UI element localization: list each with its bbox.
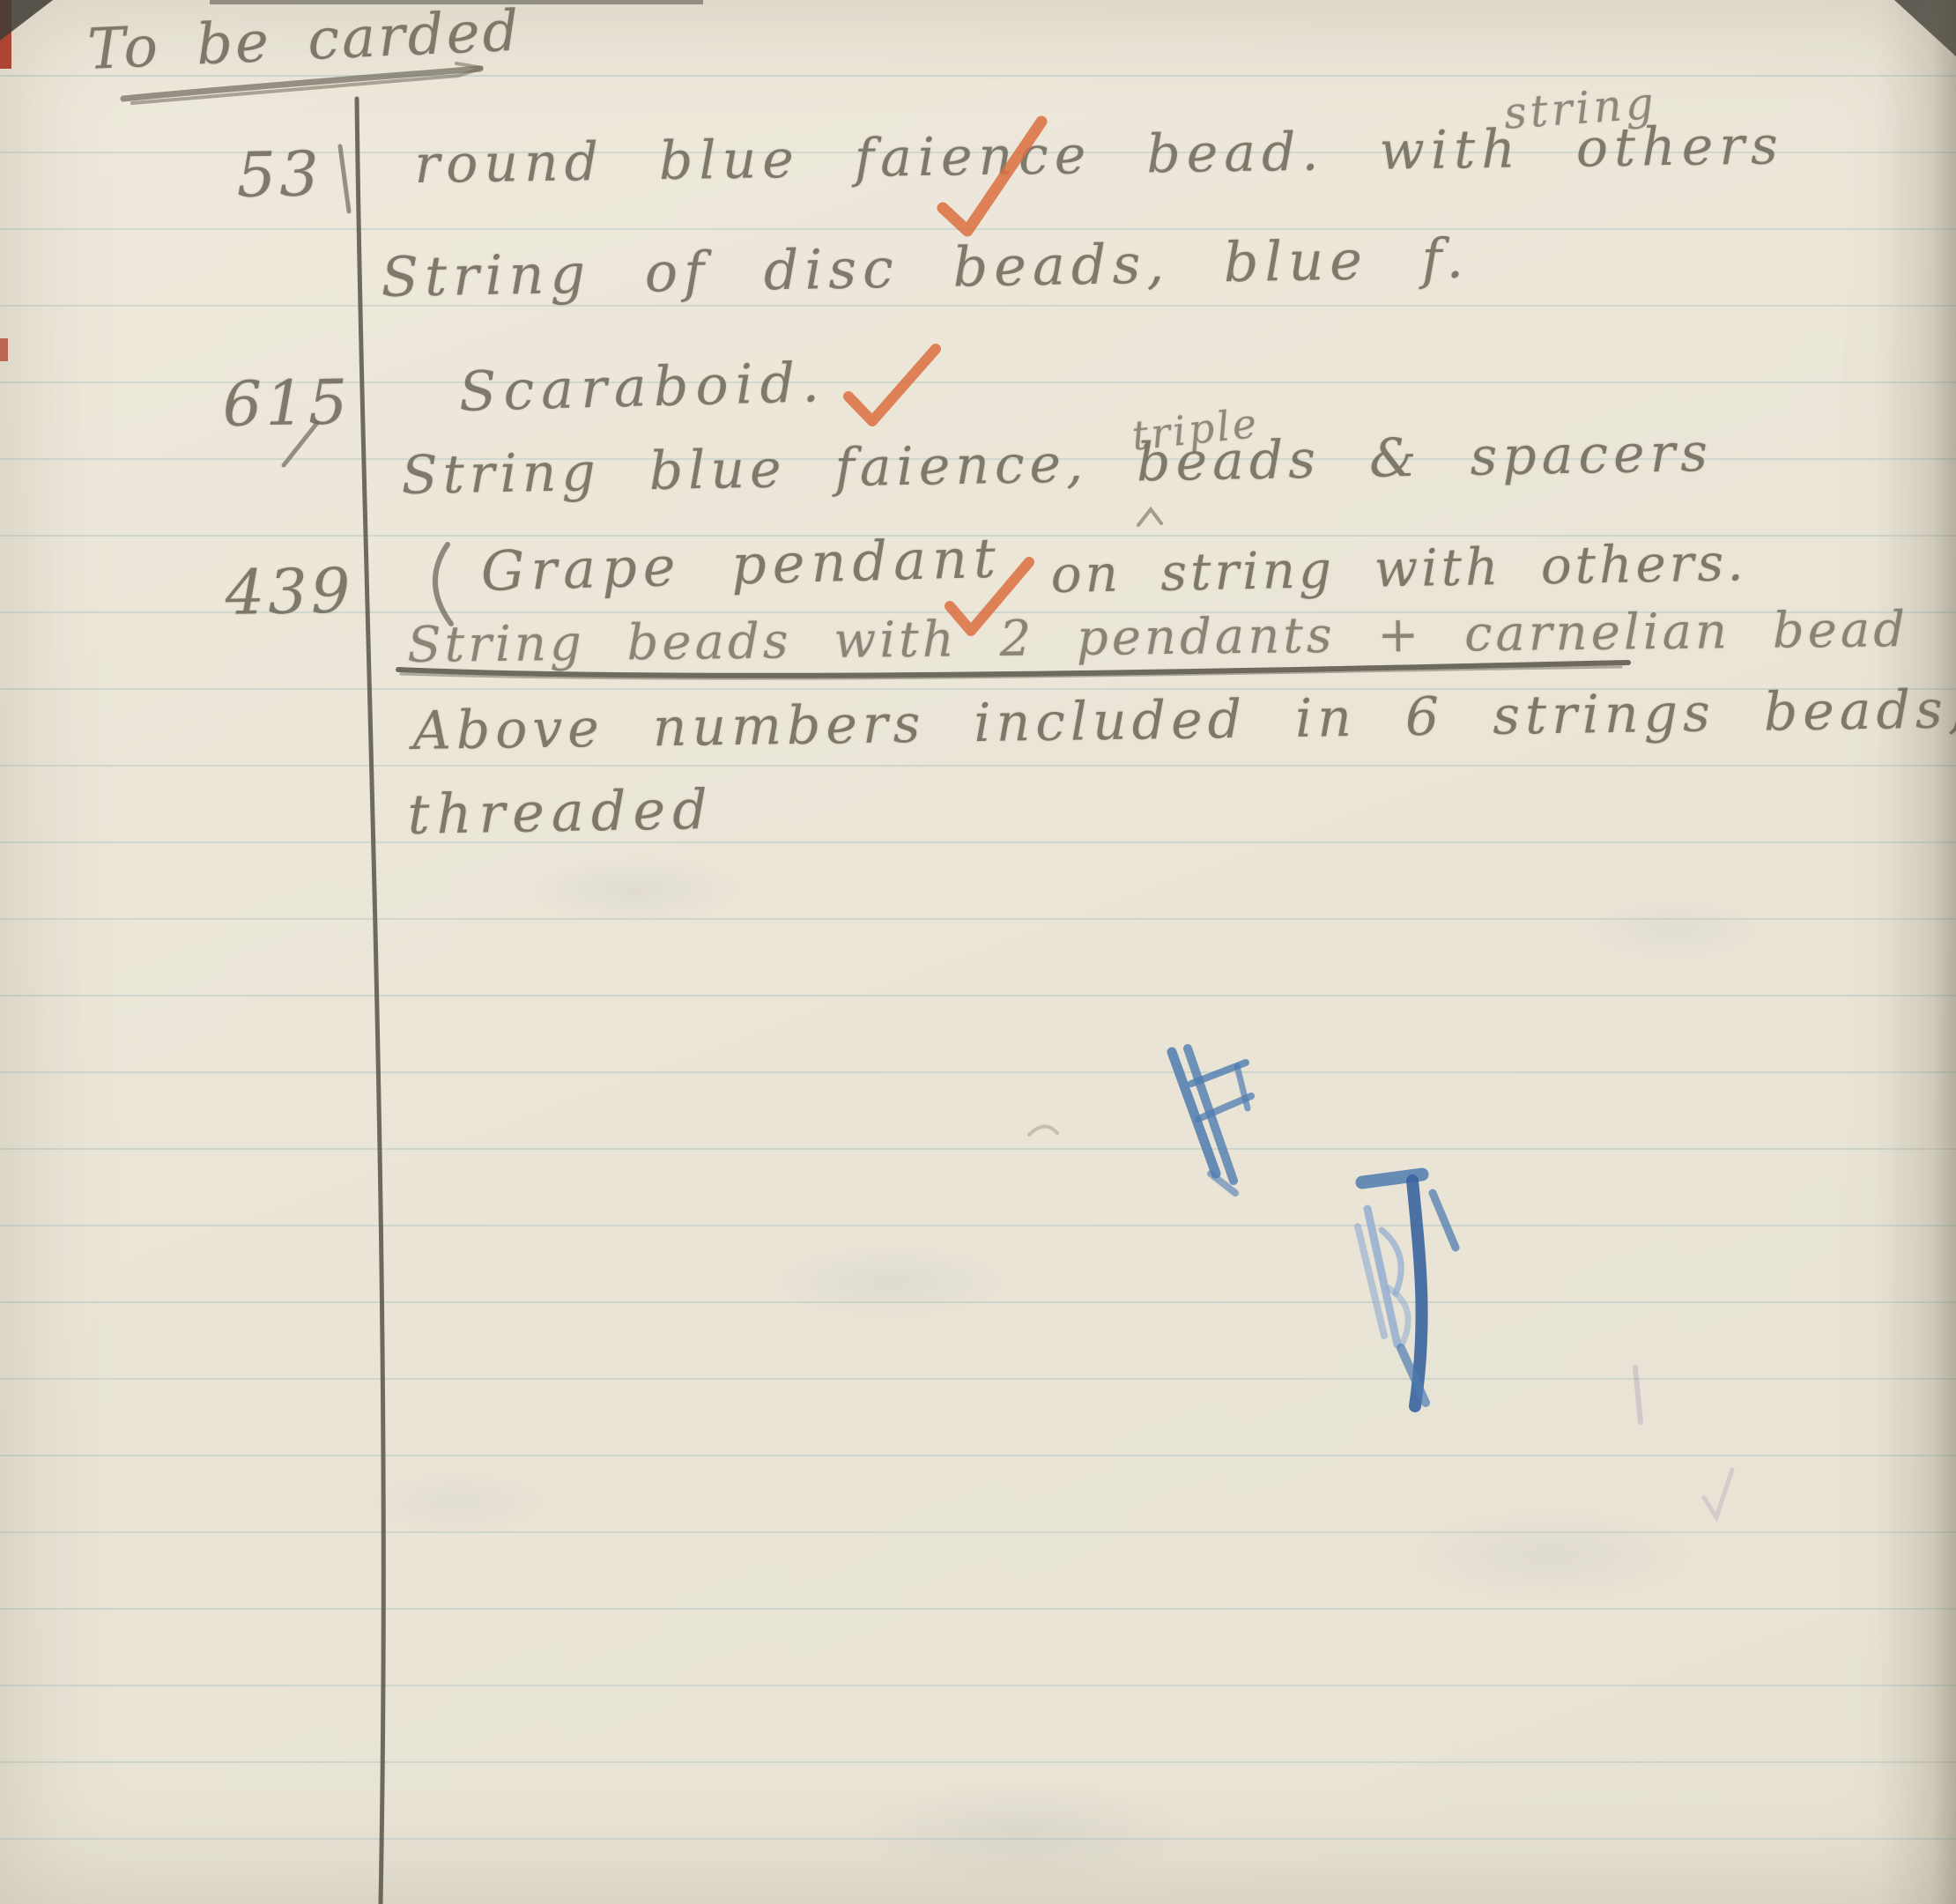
entry-439-line1-continuation: on string with others.	[1050, 532, 1747, 604]
scan-corner-shadow-top-left	[0, 0, 53, 44]
blue-small-stroke-2	[1188, 1048, 1234, 1181]
entry-439-line1: Grape pendant	[480, 526, 1003, 604]
entry-53-inserted-word: string	[1502, 78, 1658, 139]
entry-number-53: 53	[236, 137, 322, 211]
blue-large-main-stroke	[1412, 1181, 1422, 1406]
bracket-before-grape-pendant	[435, 545, 451, 624]
notebook-page: To be carded 53 round blue faience bead.…	[0, 0, 1956, 1904]
scan-corner-shadow-top-right	[1894, 0, 1956, 56]
orange-check-scaraboid	[848, 349, 936, 421]
blue-crayon-scribble-large	[1358, 1174, 1456, 1406]
blue-large-left-stroke-1	[1367, 1209, 1397, 1345]
entry-number-615: 615	[222, 366, 352, 441]
blue-large-arc-1	[1382, 1230, 1401, 1293]
blue-large-arc-2	[1389, 1288, 1408, 1343]
struck-entry-text: String beads with 2 pendants + carnelian…	[407, 601, 1908, 674]
header-note: To be carded	[86, 0, 522, 83]
blue-large-top-bar	[1362, 1174, 1422, 1182]
blue-small-flag-edge	[1237, 1066, 1248, 1108]
blue-small-stroke-1	[1172, 1052, 1216, 1174]
entry-53-line2: String of disc beads, blue f.	[381, 226, 1471, 309]
blue-large-tail	[1401, 1348, 1426, 1403]
faint-stray-tick-1	[1635, 1367, 1641, 1422]
blue-small-cross-1	[1191, 1063, 1246, 1084]
insertion-caret-triple	[1138, 509, 1161, 525]
red-edge-mark-top	[0, 0, 11, 69]
entry-number-439: 439	[225, 554, 354, 629]
blue-large-right-stroke	[1433, 1193, 1456, 1248]
tick-after-53	[340, 146, 349, 211]
margin-rule-line	[357, 99, 383, 1904]
summary-line2: threaded	[407, 777, 715, 847]
entry-615-line1: Scaraboid.	[458, 350, 827, 424]
scan-right-edge-shadow	[1877, 0, 1956, 1904]
blue-small-cross-2	[1198, 1096, 1251, 1119]
blue-large-left-stroke-2	[1358, 1226, 1384, 1336]
entry-615-line2: String blue faience, beads & spacers	[401, 422, 1714, 507]
summary-line1: Above numbers included in 6 strings bead…	[412, 678, 1956, 762]
faint-pencil-curl	[1029, 1126, 1057, 1135]
faint-stray-tick-2	[1704, 1470, 1732, 1517]
red-edge-mark-mid	[0, 338, 8, 361]
blue-small-foot	[1211, 1174, 1235, 1193]
blue-crayon-scribble-small	[1172, 1048, 1251, 1193]
